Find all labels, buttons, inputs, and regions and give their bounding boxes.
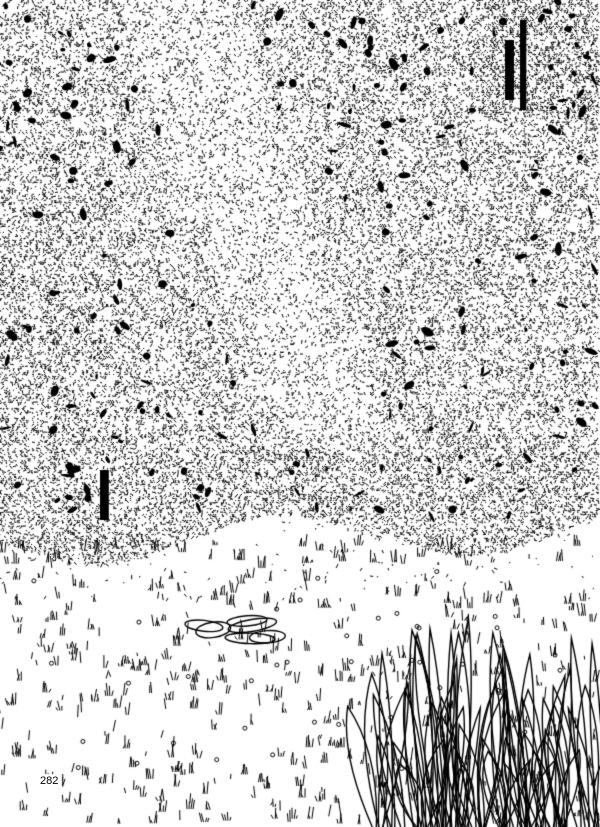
illustration-page: 282	[0, 0, 600, 827]
page-number: 282	[40, 775, 58, 787]
ink-illustration	[0, 0, 600, 827]
